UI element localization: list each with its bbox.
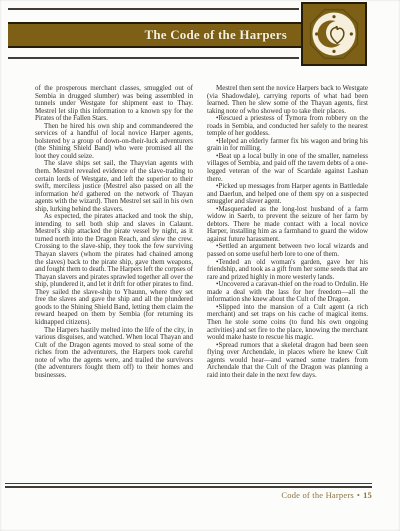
body-paragraph: •Helped an elderly farmer fix his wagon … xyxy=(207,138,368,153)
harpers-emblem xyxy=(301,2,367,66)
body-paragraph: Then he hired his own ship and commandee… xyxy=(35,123,193,161)
body-paragraph: As expected, the pirates attacked and to… xyxy=(35,213,193,326)
page-title: The Code of the Harpers xyxy=(144,27,287,43)
body-paragraph: of the prosperous merchant classes, smug… xyxy=(35,85,193,123)
body-paragraph: •Spread rumors that a skeletal dragon ha… xyxy=(207,342,368,380)
body-paragraph: •Beat up a local bully in one of the sma… xyxy=(207,153,368,183)
header-rule-bottom xyxy=(8,57,299,59)
body-paragraph: •Rescued a priestess of Tymora from robb… xyxy=(207,115,368,138)
body-paragraph: •Uncovered a caravan-thief on the road t… xyxy=(207,281,368,304)
body-paragraph: •Picked up messages from Harper agents i… xyxy=(207,183,368,206)
footer-page-number: 15 xyxy=(363,490,372,500)
footer-rule xyxy=(5,483,372,488)
text-column-right: Mestrel then sent the novice Harpers bac… xyxy=(207,85,368,379)
body-paragraph: •Slipped into the mansion of a Cult agen… xyxy=(207,304,368,342)
footer-book-title: Code of the Harpers xyxy=(281,490,354,500)
footer: Code of the Harpers•15 xyxy=(5,490,372,500)
body-paragraph: •Masqueraded as the long-lost husband of… xyxy=(207,206,368,244)
header-rule-top xyxy=(8,8,299,10)
body-paragraph: The Harpers hastily melted into the life… xyxy=(35,327,193,380)
text-column-left: of the prosperous merchant classes, smug… xyxy=(35,85,193,379)
body-paragraph: Mestrel then sent the novice Harpers bac… xyxy=(207,85,368,115)
body-paragraph: The slave ships set sail, the Thayvian a… xyxy=(35,160,193,213)
body-paragraph: •Tended an old woman's garden, gave her … xyxy=(207,259,368,282)
footer-separator: • xyxy=(357,490,360,500)
header-banner: The Code of the Harpers xyxy=(8,22,301,48)
book-page: The Code of the Harpers of the prosperou… xyxy=(0,0,400,531)
body-paragraph: •Settled an argument between two local w… xyxy=(207,243,368,258)
harpers-moon-and-harp-icon xyxy=(303,4,365,64)
